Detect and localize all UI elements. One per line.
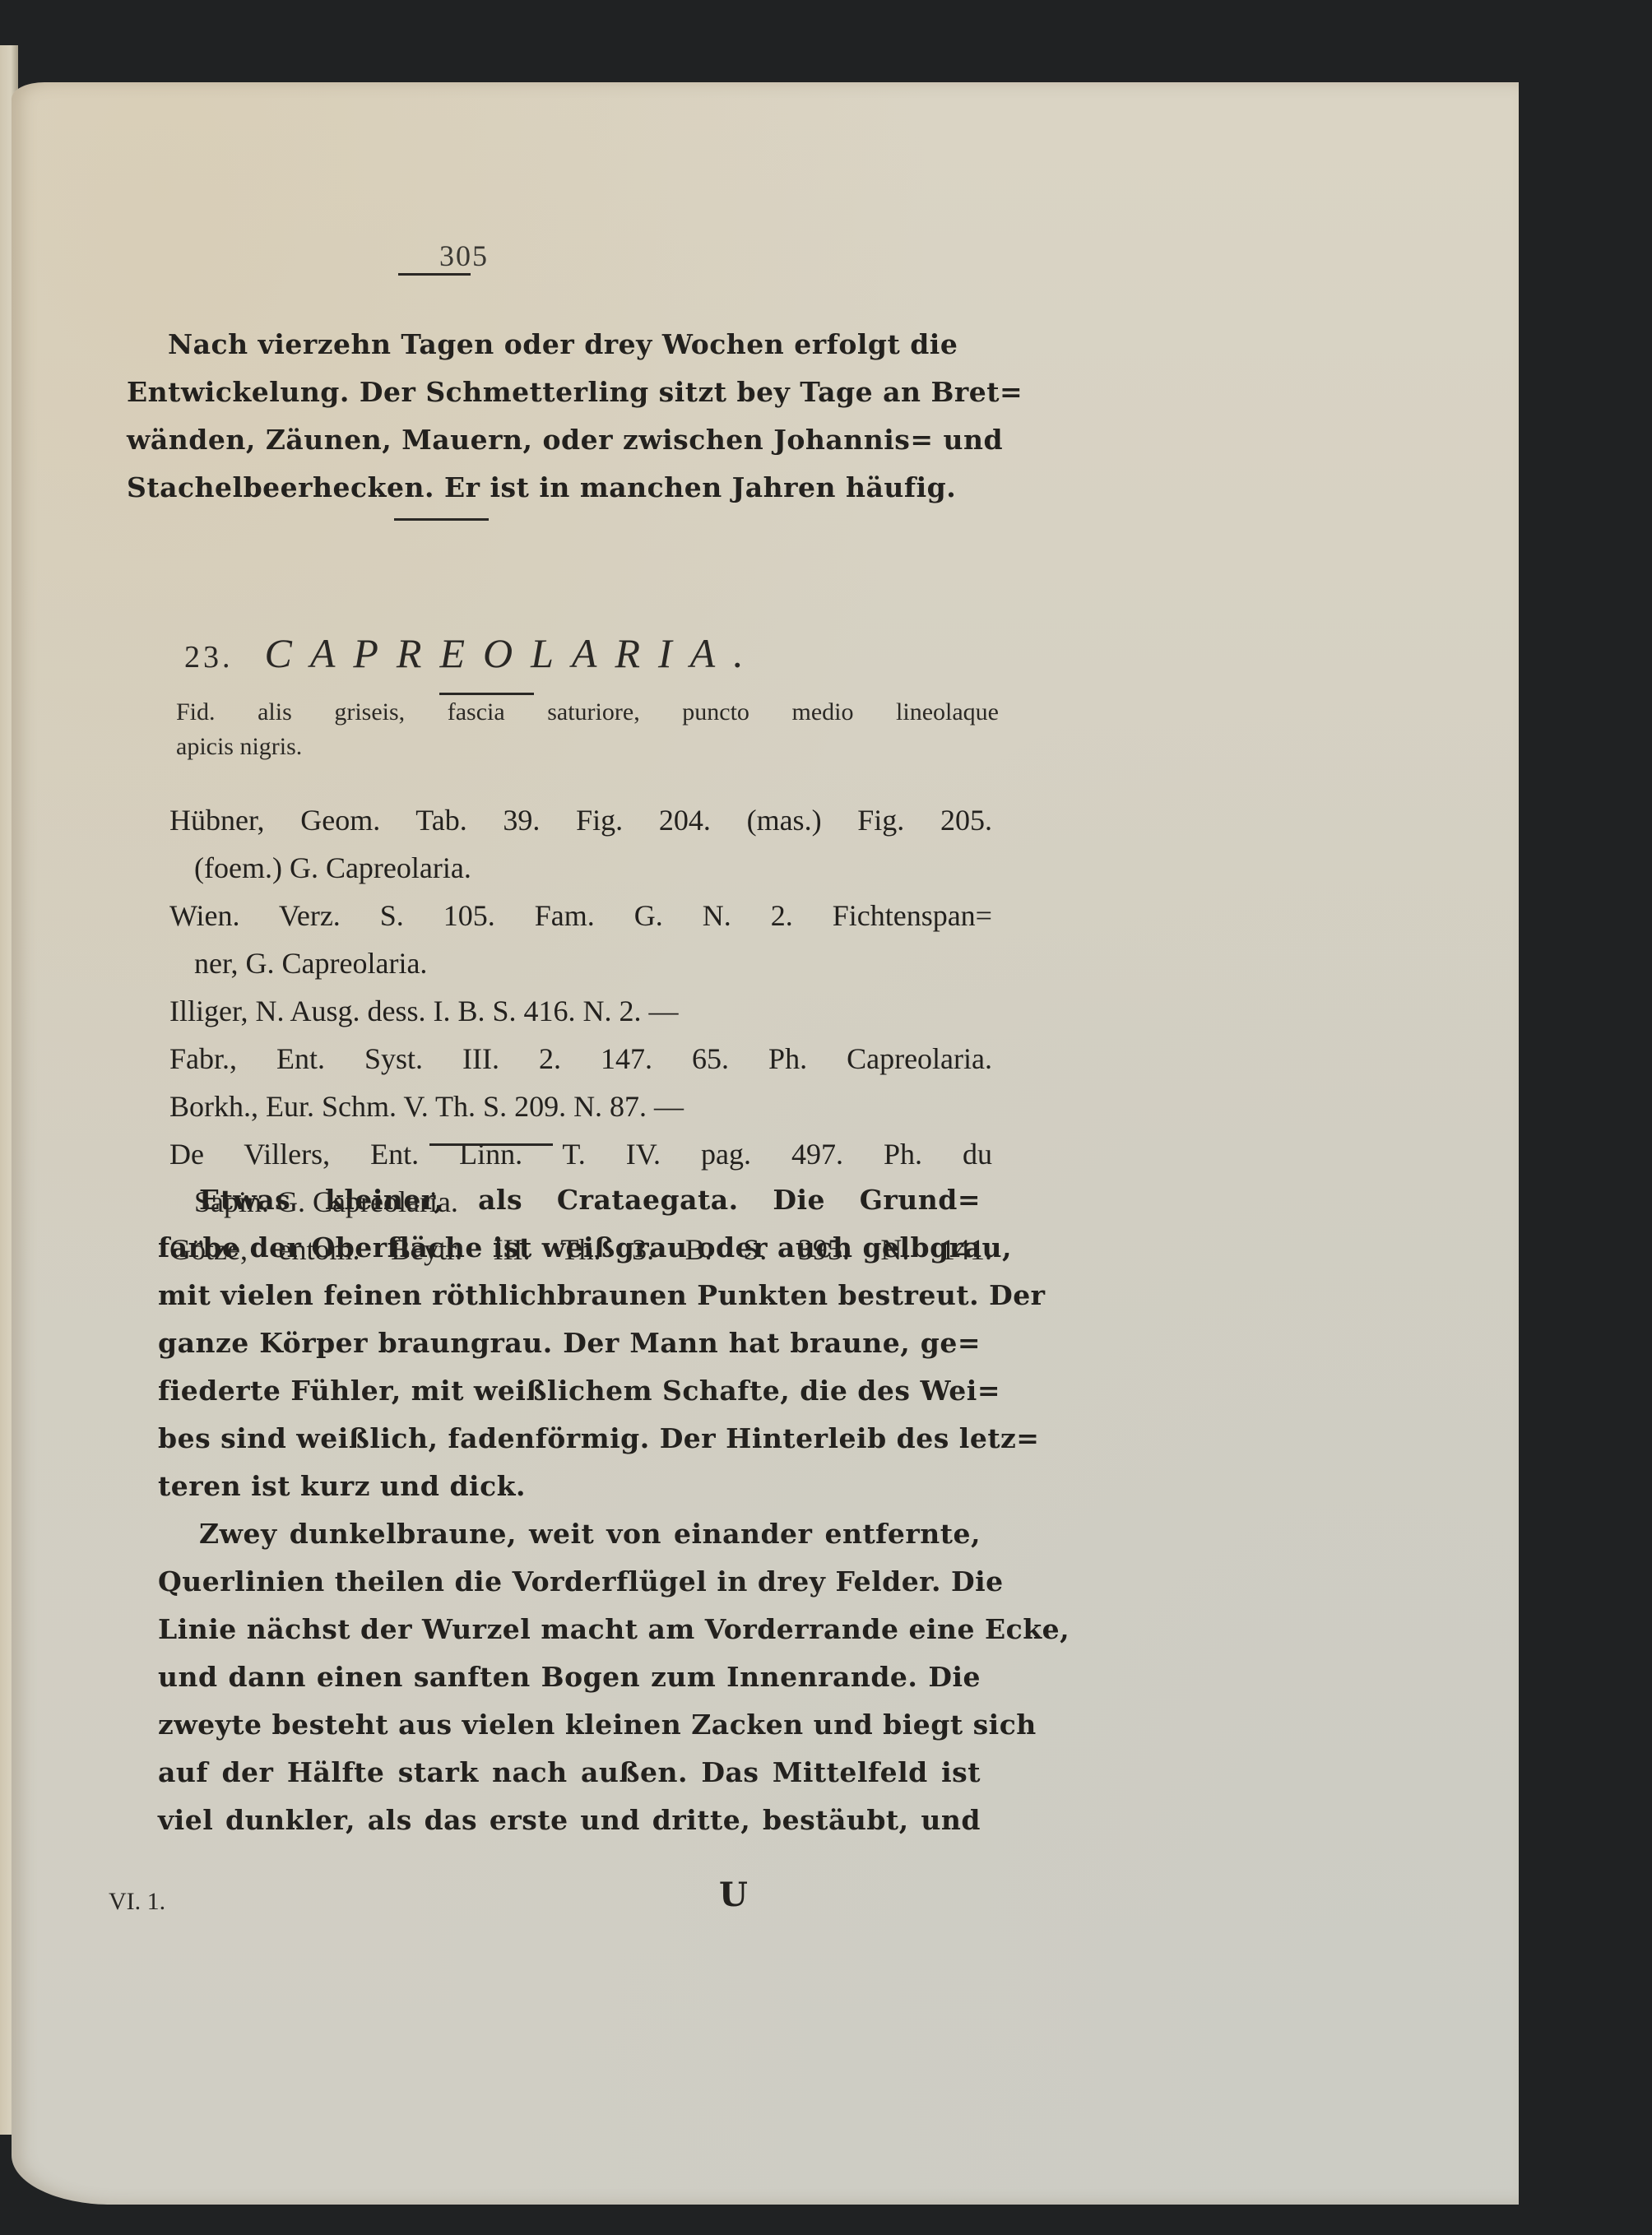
signature-mark: VI. 1.	[109, 1888, 165, 1916]
section-divider	[394, 518, 489, 521]
text-line: farbe der Oberfläche ist weißgrau oder a…	[158, 1224, 981, 1272]
reference-line: (foem.) G. Capreolaria.	[169, 844, 992, 892]
text-line: und dann einen sanften Bogen zum Innenra…	[158, 1653, 981, 1701]
text-line: wänden, Zäunen, Mauern, oder zwischen Jo…	[127, 416, 949, 464]
reference-line: ner, G. Capreolaria.	[169, 939, 992, 987]
reference-line: Wien. Verz. S. 105. Fam. G. N. 2. Fichte…	[169, 892, 992, 939]
reference-line: Illiger, N. Ausg. dess. I. B. S. 416. N.…	[169, 987, 992, 1035]
reference-line: Fabr., Ent. Syst. III. 2. 147. 65. Ph. C…	[169, 1035, 992, 1083]
book-page: 305 Nach vierzehn Tagen oder drey Wochen…	[12, 82, 1519, 2205]
species-heading: 23. CAPREOLARIA.	[184, 629, 762, 677]
text-line: Nach vierzehn Tagen oder drey Wochen erf…	[127, 321, 949, 369]
intro-paragraph: Nach vierzehn Tagen oder drey Wochen erf…	[127, 321, 949, 512]
catchword: U	[719, 1876, 748, 1914]
reference-line: De Villers, Ent. Linn. T. IV. pag. 497. …	[169, 1130, 992, 1178]
text-line: ganze Körper braungrau. Der Mann hat bra…	[158, 1319, 981, 1367]
page-number-rule	[398, 273, 471, 276]
text-line: Entwickelung. Der Schmetterling sitzt be…	[127, 369, 949, 416]
section-divider	[439, 693, 534, 695]
text-line: viel dunkler, als das erste und dritte, …	[158, 1797, 981, 1844]
species-number: 23.	[184, 640, 234, 675]
section-divider	[429, 1143, 553, 1146]
description-paragraph-1: Etwas kleiner, als Crataegata. Die Grund…	[158, 1176, 981, 1510]
text-line: Querlinien theilen die Vorderflügel in d…	[158, 1558, 981, 1606]
text-line: fiederte Fühler, mit weißlichem Schafte,…	[158, 1367, 981, 1415]
reference-line: Hübner, Geom. Tab. 39. Fig. 204. (mas.) …	[169, 796, 992, 844]
species-diagnosis: Fid. alis griseis, fascia saturiore, pun…	[176, 695, 999, 764]
text-line: Etwas kleiner, als Crataegata. Die Grund…	[158, 1176, 981, 1224]
text-line: Linie nächst der Wurzel macht am Vorderr…	[158, 1606, 981, 1653]
text-line: Stachelbeerhecken. Er ist in manchen Jah…	[127, 464, 949, 512]
text-line: auf der Hälfte stark nach außen. Das Mit…	[158, 1749, 981, 1797]
text-line: teren ist kurz und dick.	[158, 1463, 981, 1510]
text-line: zweyte besteht aus vielen kleinen Zacken…	[158, 1701, 981, 1749]
text-line: Zwey dunkelbraune, weit von einander ent…	[158, 1510, 981, 1558]
species-name: CAPREOLARIA.	[265, 630, 762, 676]
page-number: 305	[415, 239, 513, 273]
reference-line: Borkh., Eur. Schm. V. Th. S. 209. N. 87.…	[169, 1083, 992, 1130]
description-paragraph-2: Zwey dunkelbraune, weit von einander ent…	[158, 1510, 981, 1844]
diagnosis-line: apicis nigris.	[176, 730, 999, 764]
text-line: bes sind weißlich, fadenförmig. Der Hint…	[158, 1415, 981, 1463]
diagnosis-line: Fid. alis griseis, fascia saturiore, pun…	[176, 695, 999, 730]
text-line: mit vielen feinen röthlichbraunen Punkte…	[158, 1272, 981, 1319]
